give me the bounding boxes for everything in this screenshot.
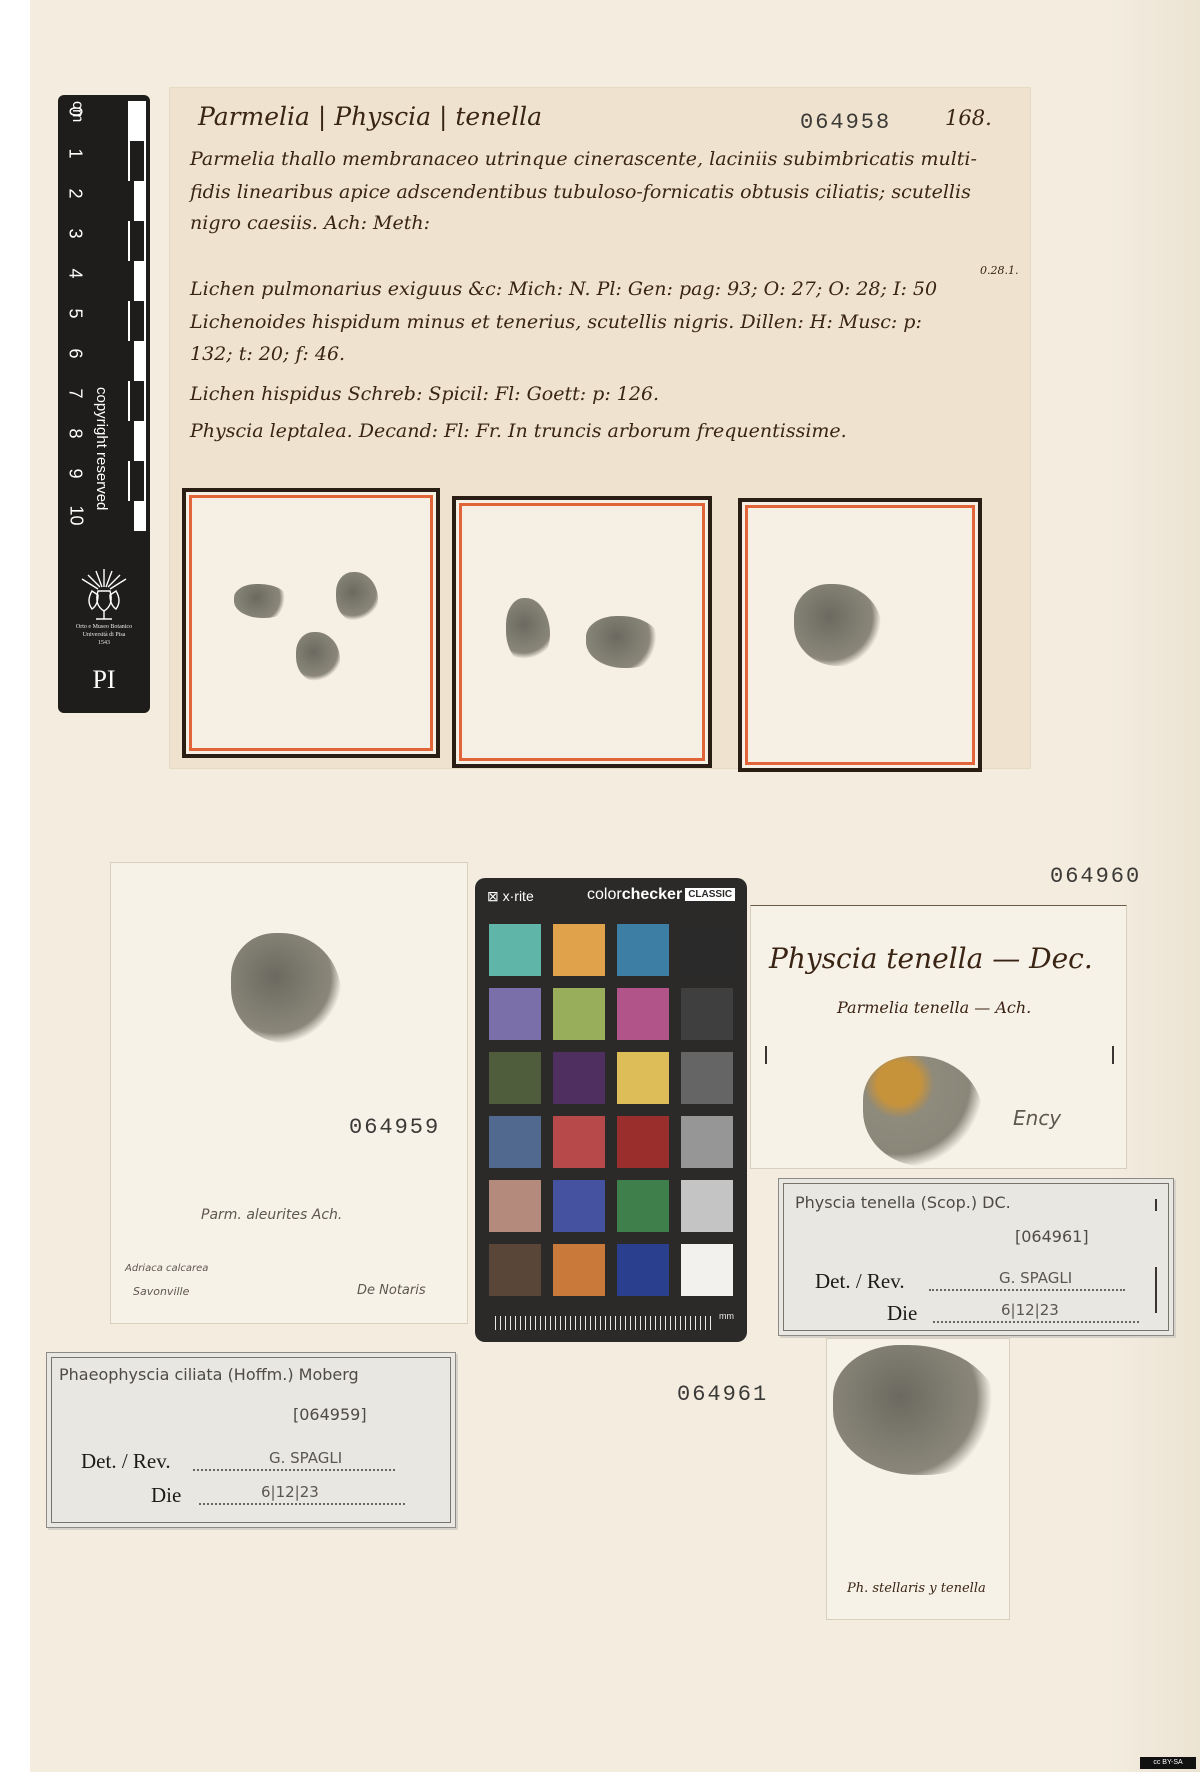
- color-patch-24: [681, 1244, 733, 1296]
- ruler-tick-6: 6: [65, 348, 86, 358]
- ruler-tick-10: 10: [66, 505, 87, 525]
- color-patch-19: [617, 1180, 669, 1232]
- license-badge: cc BY-SA: [1140, 1757, 1196, 1769]
- historic-label: Parmelia | Physcia | tenella 064958 168.…: [170, 88, 1030, 768]
- specimen-packet-064959: 064959 Parm. aleurites Ach. Adriaca calc…: [110, 862, 468, 1324]
- ruler-tick-2: 2: [65, 188, 86, 198]
- xrite-icon: ⊠: [487, 888, 503, 904]
- color-patch-7: [617, 988, 669, 1040]
- synonym-name: Parmelia tenella — Ach.: [837, 998, 1031, 1017]
- fritillaria-logo-icon: [78, 565, 130, 621]
- synonym-line: Lichenoides hispidum minus et tenerius, …: [190, 311, 922, 333]
- det-rev-value: G. SPAGLI: [999, 1269, 1072, 1287]
- ruler-tick-5: 5: [65, 308, 86, 318]
- color-patch-2: [553, 924, 605, 976]
- catalog-number-064960: 064960: [1050, 864, 1141, 889]
- synonym-line: Physcia leptalea. Decand: Fl: Fr. In tru…: [190, 420, 847, 442]
- synonym-line: Lichen pulmonarius exiguus &c: Mich: N. …: [190, 278, 937, 300]
- color-patch-18: [553, 1180, 605, 1232]
- catalog-number: 064959: [349, 1115, 440, 1140]
- catalog-number-064961: 064961: [677, 1382, 768, 1407]
- label-title: Parmelia | Physcia | tenella: [198, 102, 542, 131]
- color-patch-21: [489, 1244, 541, 1296]
- description-line: nigro caesiis. Ach: Meth:: [190, 212, 430, 234]
- reference-number: [064961]: [1015, 1227, 1089, 1246]
- color-patch-4: [681, 924, 733, 976]
- date-label: Die: [151, 1483, 181, 1508]
- color-patch-12: [681, 1052, 733, 1104]
- collector-signature: De Notaris: [357, 1283, 426, 1298]
- ruler-tick-9: 9: [65, 468, 86, 478]
- packet-note: Ph. stellaris y tenella: [847, 1581, 986, 1596]
- ruler-tick-1: 1: [65, 148, 86, 158]
- catalog-number: 064958: [800, 110, 891, 135]
- colorchecker-title: colorcheckerCLASSIC: [587, 886, 735, 904]
- color-patch-10: [553, 1052, 605, 1104]
- copyright-text: copyright reserved: [93, 387, 110, 510]
- color-patch-6: [553, 988, 605, 1040]
- reference-number: [064959]: [293, 1405, 367, 1424]
- color-patch-23: [617, 1244, 669, 1296]
- taxon-name: Physcia tenella — Dec.: [769, 942, 1093, 975]
- mm-scale: [495, 1316, 715, 1330]
- color-patch-5: [489, 988, 541, 1040]
- color-patch-15: [617, 1116, 669, 1168]
- det-rev-label: Det. / Rev.: [81, 1449, 171, 1474]
- color-patch-14: [553, 1116, 605, 1168]
- specimen-box-1: [182, 488, 440, 758]
- color-patch-22: [553, 1244, 605, 1296]
- synonym-line: Lichen hispidus Schreb: Spicil: Fl: Goet…: [190, 383, 659, 405]
- description-line: Parmelia thallo membranaceo utrinque cin…: [190, 148, 977, 170]
- date-value: 6|12|23: [1001, 1301, 1059, 1319]
- xrite-logo: ⊠ x·rite: [487, 888, 534, 905]
- taxon-name: Physcia tenella (Scop.) DC.: [795, 1193, 1011, 1212]
- herbarium-code: PI: [58, 665, 150, 695]
- det-rev-label: Det. / Rev.: [815, 1269, 905, 1294]
- scale-ruler: cm 0 1 2 3 4 5 6 7 8 9 10 copyright rese…: [58, 95, 150, 713]
- color-patch-13: [489, 1116, 541, 1168]
- ruler-tick-4: 4: [65, 268, 86, 278]
- determination-label-064961: Physcia tenella (Scop.) DC. [064961] Det…: [778, 1178, 1174, 1336]
- color-patch-11: [617, 1052, 669, 1104]
- specimen-box-2: [452, 496, 712, 768]
- specimen-packet-064960: Physcia tenella — Dec. Parmelia tenella …: [750, 905, 1127, 1169]
- color-patch-8: [681, 988, 733, 1040]
- ruler-tick-8: 8: [65, 428, 86, 438]
- pencil-note: Ency: [1013, 1106, 1061, 1130]
- locality-note: Savonville: [133, 1285, 189, 1298]
- taxon-name: Phaeophyscia ciliata (Hoffm.) Moberg: [59, 1365, 359, 1384]
- color-patch-16: [681, 1116, 733, 1168]
- color-patch-1: [489, 924, 541, 976]
- det-rev-value: G. SPAGLI: [269, 1449, 342, 1467]
- pencil-note: Parm. aleurites Ach.: [201, 1207, 342, 1223]
- date-value: 6|12|23: [261, 1483, 319, 1501]
- date-label: Die: [887, 1301, 917, 1326]
- ruler-tick-0: 0: [65, 106, 86, 116]
- specimen-box-3: [738, 498, 982, 772]
- color-checker-card: ⊠ x·rite colorcheckerCLASSIC mm: [475, 878, 747, 1342]
- locality-note: Adriaca calcarea: [125, 1263, 208, 1274]
- specimen-packet-064961: Ph. stellaris y tenella: [826, 1338, 1010, 1620]
- synonym-line: 132; t: 20; f: 46.: [190, 343, 345, 365]
- determination-label-064959: Phaeophyscia ciliata (Hoffm.) Moberg [06…: [46, 1352, 456, 1528]
- description-line: fidis linearibus apice adscendentibus tu…: [190, 181, 971, 203]
- color-patch-9: [489, 1052, 541, 1104]
- superscript-note: 0.28.1.: [980, 264, 1018, 277]
- page-number: 168.: [945, 106, 992, 130]
- ruler-tick-3: 3: [65, 228, 86, 238]
- color-patch-20: [681, 1180, 733, 1232]
- color-patch-grid: [489, 924, 733, 1296]
- ruler-tick-7: 7: [65, 388, 86, 398]
- mm-label: mm: [719, 1311, 734, 1321]
- ruler-scale-bar: [128, 101, 146, 531]
- color-patch-3: [617, 924, 669, 976]
- color-patch-17: [489, 1180, 541, 1232]
- institution-name: Orto e Museo Botanico Università di Pisa…: [62, 623, 146, 647]
